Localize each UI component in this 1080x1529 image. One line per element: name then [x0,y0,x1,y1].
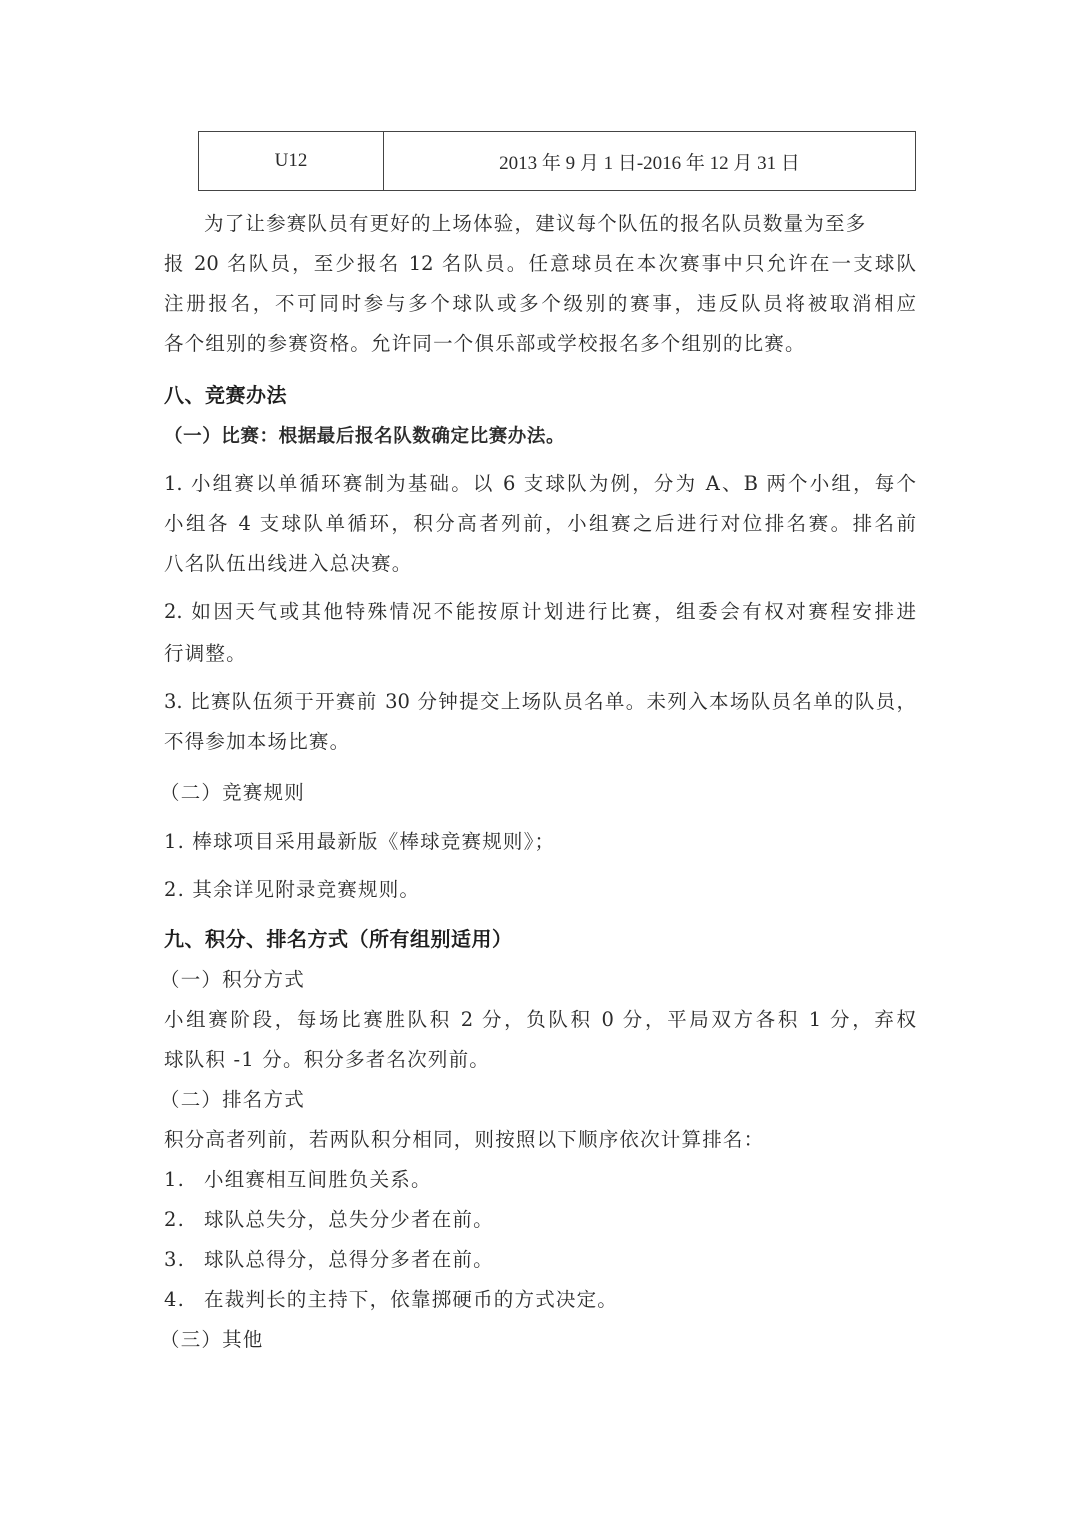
ranking-item-text: 小组赛相互间胜负关系。 [204,1168,432,1191]
section-9-sub2-title: （二）排名方式 [160,1087,305,1113]
ranking-item-number: 2. [164,1207,204,1233]
intro-line-4: 各个组别的参赛资格。允许同一个俱乐部或学校报名多个组别的比赛。 [164,331,806,357]
rule-3-line-2: 不得参加本场比赛。 [164,729,350,755]
competition-rule-1: 1. 棒球项目采用最新版《棒球竞赛规则》； [164,829,555,855]
age-group-table: U12 2013 年 9 月 1 日-2016 年 12 月 31 日 [198,131,916,191]
ranking-item-text: 球队总得分，总得分多者在前。 [204,1248,494,1271]
section-9-sub3-title: （三）其他 [160,1327,264,1353]
ranking-item-text: 在裁判长的主持下，依靠掷硬币的方式决定。 [204,1288,618,1311]
section-9-title: 九、积分、排名方式（所有组别适用） [164,926,513,952]
intro-line-1: 为了让参赛队员有更好的上场体验，建议每个队伍的报名队员数量为至多 [204,211,866,237]
competition-rule-2: 2. 其余详见附录竞赛规则。 [164,877,420,903]
table-row: U12 2013 年 9 月 1 日-2016 年 12 月 31 日 [199,132,916,191]
document-page: U12 2013 年 9 月 1 日-2016 年 12 月 31 日 为了让参… [0,0,1080,1529]
rule-3-line-1: 3. 比赛队伍须于开赛前 30 分钟提交上场队员名单。未列入本场队员名单的队员， [164,689,916,715]
section-8-title: 八、竞赛办法 [164,382,287,408]
ranking-item-1: 1.小组赛相互间胜负关系。 [164,1167,432,1193]
ranking-item-number: 3. [164,1247,204,1273]
birth-range-cell: 2013 年 9 月 1 日-2016 年 12 月 31 日 [384,132,916,191]
rule-1-line-1: 1. 小组赛以单循环赛制为基础。以 6 支球队为例，分为 A、B 两个小组，每个 [164,471,916,497]
scoring-line-2: 球队积 -1 分。积分多者名次列前。 [164,1047,490,1073]
rule-2-line-2: 行调整。 [164,641,247,667]
age-group-cell: U12 [199,132,384,191]
intro-line-3: 注册报名，不可同时参与多个球队或多个级别的赛事，违反队员将被取消相应 [164,291,916,317]
ranking-item-3: 3.球队总得分，总得分多者在前。 [164,1247,494,1273]
section-8-sub1-title: （一）比赛：根据最后报名队数确定比赛办法。 [164,424,565,450]
rule-1-line-3: 八名队伍出线进入总决赛。 [164,551,412,577]
ranking-item-number: 1. [164,1167,204,1193]
section-8-sub2-title: （二）竞赛规则 [160,780,305,806]
section-9-sub1-title: （一）积分方式 [160,967,305,993]
scoring-line-1: 小组赛阶段，每场比赛胜队积 2 分，负队积 0 分，平局双方各积 1 分，弃权 [164,1007,916,1033]
ranking-item-4: 4.在裁判长的主持下，依靠掷硬币的方式决定。 [164,1287,618,1313]
ranking-item-text: 球队总失分，总失分少者在前。 [204,1208,494,1231]
ranking-intro: 积分高者列前，若两队积分相同，则按照以下顺序依次计算排名： [164,1127,764,1153]
ranking-item-2: 2.球队总失分，总失分少者在前。 [164,1207,494,1233]
rule-1-line-2: 小组各 4 支球队单循环，积分高者列前，小组赛之后进行对位排名赛。排名前 [164,511,916,537]
ranking-item-number: 4. [164,1287,204,1313]
rule-2-line-1: 2. 如因天气或其他特殊情况不能按原计划进行比赛，组委会有权对赛程安排进 [164,599,916,625]
intro-line-2: 报 20 名队员，至少报名 12 名队员。任意球员在本次赛事中只允许在一支球队 [164,251,916,277]
